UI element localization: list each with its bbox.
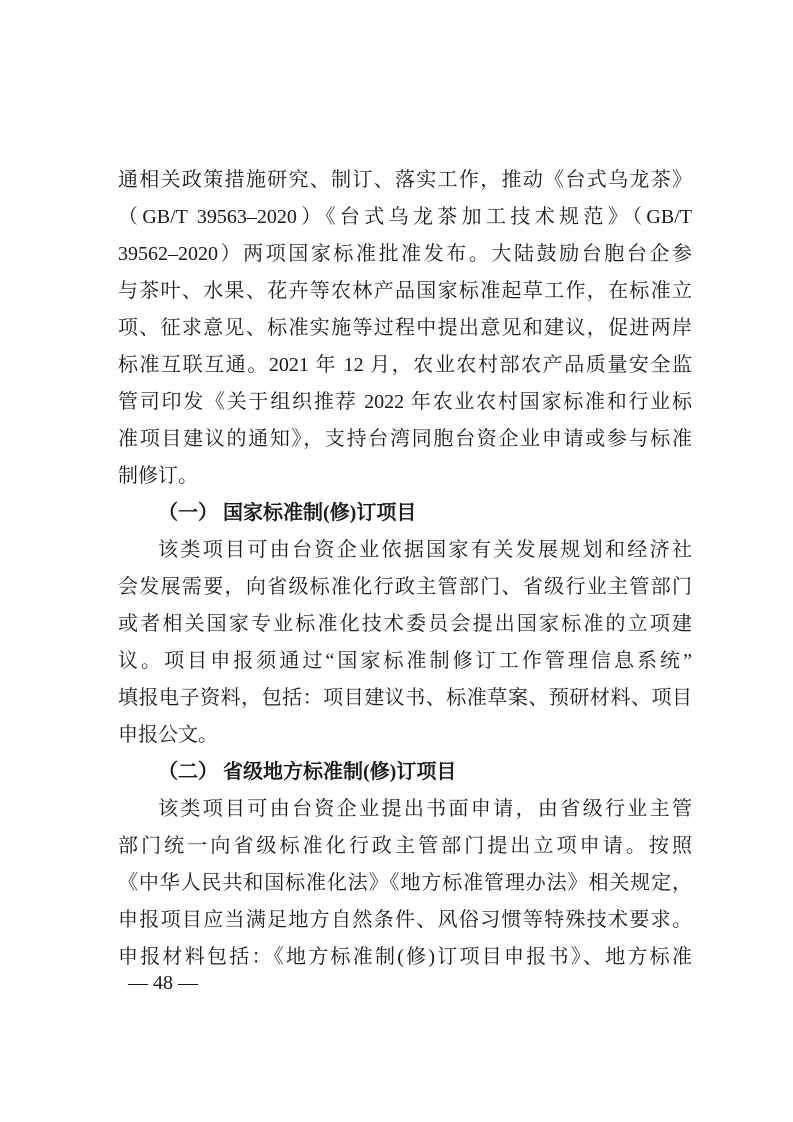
body-line: 申报公文。	[118, 717, 692, 754]
document-text-block: 通相关政策措施研究、制订、落实工作，推动《台式乌龙茶》（GB/T 39563–2…	[118, 162, 692, 976]
document-page: 通相关政策措施研究、制订、落实工作，推动《台式乌龙茶》（GB/T 39563–2…	[0, 0, 793, 1122]
body-line: 部门统一向省级标准化行政主管部门提出立项申请。按照	[118, 828, 692, 865]
body-line: 项、征求意见、标准实施等过程中提出意见和建议，促进两岸	[118, 310, 692, 347]
body-line: （GB/T 39563–2020）《台式乌龙茶加工技术规范》（GB/T	[118, 199, 692, 236]
body-line: 通相关政策措施研究、制订、落实工作，推动《台式乌龙茶》	[118, 162, 692, 199]
body-line: 或者相关国家专业标准化技术委员会提出国家标准的立项建	[118, 606, 692, 643]
page-number: — 48 —	[128, 972, 198, 994]
body-line: 标准互联互通。2021 年 12 月，农业农村部农产品质量安全监	[118, 347, 692, 384]
body-line: 39562–2020）两项国家标准批准发布。大陆鼓励台胞台企参	[118, 236, 692, 273]
body-line: 申报材料包括：《地方标准制(修)订项目申报书》、地方标准	[118, 939, 692, 976]
body-line: 议。项目申报须通过“国家标准制修订工作管理信息系统”	[118, 643, 692, 680]
body-line: 该类项目可由台资企业提出书面申请，由省级行业主管	[118, 791, 692, 828]
body-line: 准项目建议的通知》，支持台湾同胞台资企业申请或参与标准	[118, 421, 692, 458]
body-line: 申报项目应当满足地方自然条件、风俗习惯等特殊技术要求。	[118, 902, 692, 939]
body-line: 《中华人民共和国标准化法》《地方标准管理办法》相关规定，	[118, 865, 692, 902]
body-line: 制修订。	[118, 458, 692, 495]
body-line: 与茶叶、水果、花卉等农林产品国家标准起草工作，在标准立	[118, 273, 692, 310]
section-heading: （二） 省级地方标准制(修)订项目	[118, 754, 692, 791]
body-line: 该类项目可由台资企业依据国家有关发展规划和经济社	[118, 532, 692, 569]
section-heading: （一） 国家标准制(修)订项目	[118, 495, 692, 532]
body-line: 会发展需要，向省级标准化行政主管部门、省级行业主管部门	[118, 569, 692, 606]
body-line: 管司印发《关于组织推荐 2022 年农业农村国家标准和行业标	[118, 384, 692, 421]
body-line: 填报电子资料，包括：项目建议书、标准草案、预研材料、项目	[118, 680, 692, 717]
page-footer: — 48 —	[128, 968, 198, 998]
